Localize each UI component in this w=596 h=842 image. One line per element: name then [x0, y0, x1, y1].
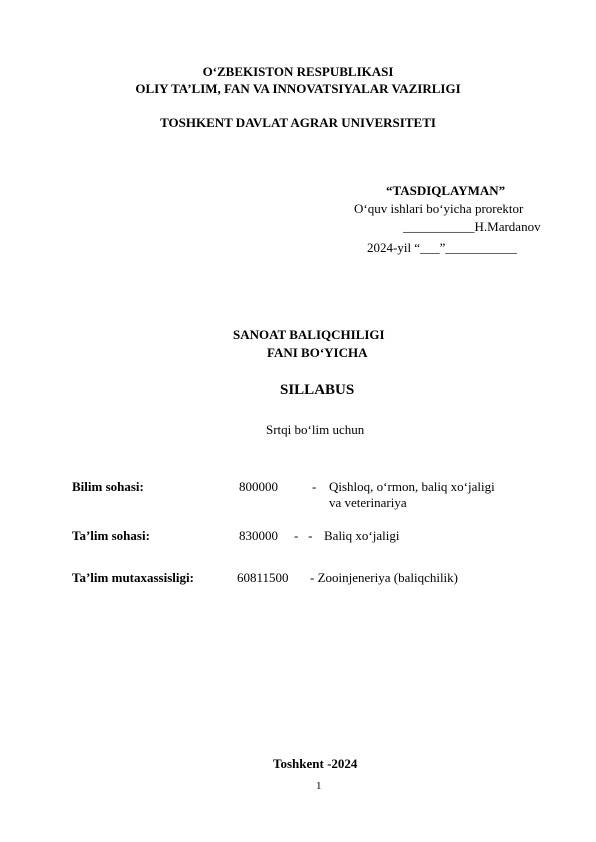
- field-label: Ta’lim mutaxassisligi:: [72, 570, 194, 586]
- field-value: Baliq xo‘jaligi: [324, 528, 399, 544]
- subject-line-2: FANI BO‘YICHA: [267, 345, 368, 361]
- field-code: 60811500: [237, 570, 289, 586]
- ministry-line-2: OLIY TA’LIM, FAN VA INNOVATSIYALAR VAZIR…: [0, 81, 596, 97]
- ministry-line-1: O‘ZBEKISTON RESPUBLIKASI: [0, 64, 596, 80]
- field-value-cont: va veterinariya: [329, 495, 407, 511]
- field-code: 800000: [239, 479, 278, 495]
- page-number: 1: [316, 780, 322, 792]
- field-label: Ta’lim sohasi:: [72, 528, 150, 544]
- field-label: Bilim sohasi:: [72, 479, 144, 495]
- approval-date: 2024-yil “___”___________: [367, 240, 517, 256]
- field-separator: - -: [294, 528, 312, 544]
- field-value: - Zooinjeneriya (baliqchilik): [310, 570, 458, 586]
- place-year: Toshkent -2024: [273, 756, 357, 772]
- approval-signature: ___________H.Mardanov: [403, 219, 541, 235]
- approval-title: “TASDIQLAYMAN”: [386, 183, 505, 199]
- field-code: 830000: [239, 528, 278, 544]
- field-value: Qishloq, o‘rmon, baliq xo‘jaligi: [329, 479, 495, 495]
- field-separator: -: [312, 479, 316, 495]
- subject-line-1: SANOAT BALIQCHILIGI: [233, 327, 385, 343]
- university-name: TOSHKENT DAVLAT AGRAR UNIVERSITETI: [0, 115, 596, 131]
- document-type: SILLABUS: [280, 382, 354, 399]
- department: Srtqi bo‘lim uchun: [266, 422, 364, 438]
- approval-position: O‘quv ishlari bo‘yicha prorektor: [354, 201, 523, 217]
